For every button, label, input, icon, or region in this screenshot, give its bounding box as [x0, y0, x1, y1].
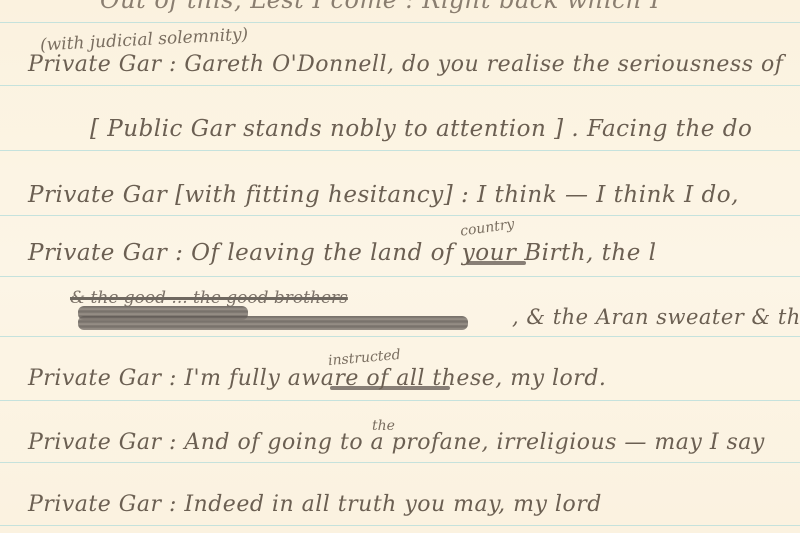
ruled-line	[0, 85, 800, 86]
handwritten-line: Private Gar : Of leaving the land of you…	[28, 240, 657, 266]
ruled-line	[0, 336, 800, 337]
handwritten-line: , & the Aran sweater & th	[512, 305, 800, 329]
ruled-line	[0, 400, 800, 401]
scribble-out	[78, 316, 468, 330]
handwritten-line: Private Gar : And of going to a profane,…	[28, 430, 765, 455]
interlinear-correction: country	[459, 216, 515, 239]
ruled-line	[0, 462, 800, 463]
ruled-line	[0, 215, 800, 216]
ruled-line	[0, 22, 800, 23]
handwritten-line: Out of this, Lest I come : Right back wh…	[100, 0, 660, 14]
ruled-line	[0, 150, 800, 151]
interlinear-note: (with judicial solemnity)	[40, 25, 249, 56]
ruled-line	[0, 525, 800, 526]
struck-text: & the good ... the good brothers	[70, 288, 348, 308]
handwritten-line: Private Gar : Indeed in all truth you ma…	[28, 492, 602, 517]
handwritten-line: Private Gar : I'm fully aware of all the…	[28, 366, 606, 391]
handwritten-line: Private Gar [with fitting hesitancy] : I…	[28, 182, 739, 208]
manuscript-page: Out of this, Lest I come : Right back wh…	[0, 0, 800, 533]
handwritten-line: Private Gar : Gareth O'Donnell, do you r…	[28, 52, 783, 77]
ruled-line	[0, 276, 800, 277]
handwritten-line: [ Public Gar stands nobly to attention ]…	[90, 116, 752, 142]
